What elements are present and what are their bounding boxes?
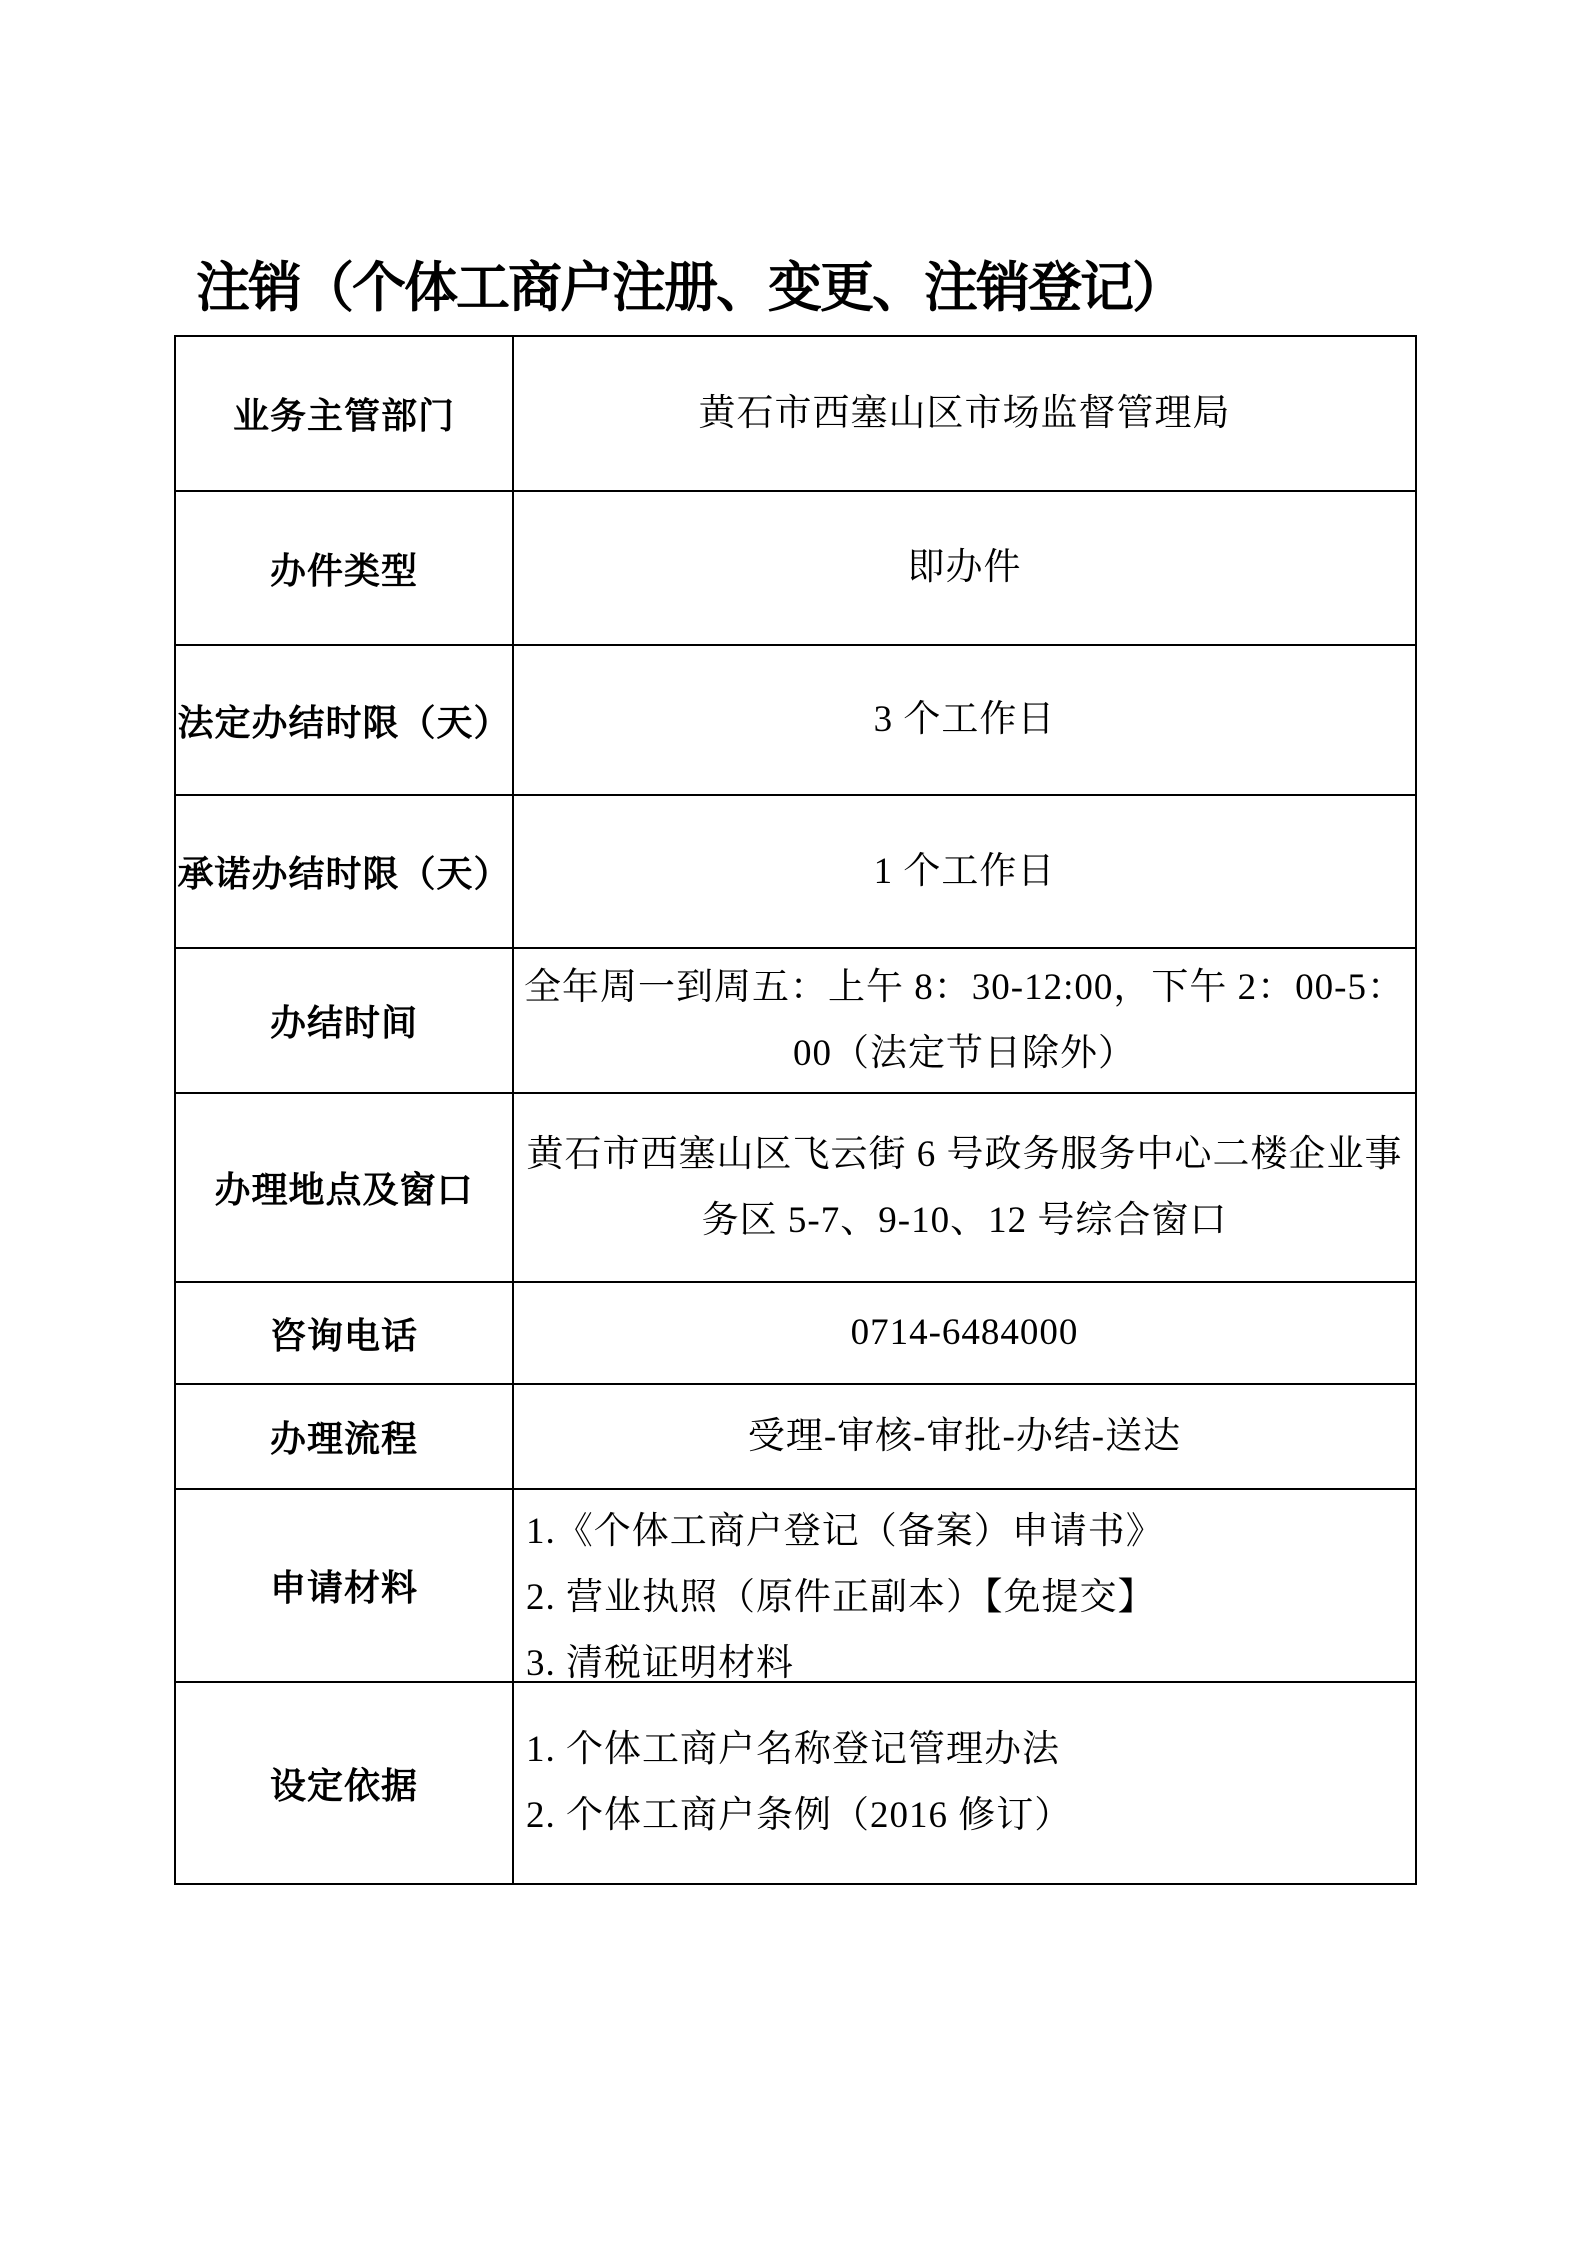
row-value: 即办件 [514,492,1415,644]
row-label: 咨询电话 [176,1283,514,1383]
table-row: 承诺办结时限（天） 1 个工作日 [176,796,1415,949]
row-value: 黄石市西塞山区市场监督管理局 [514,337,1415,490]
table-row: 业务主管部门 黄石市西塞山区市场监督管理局 [176,337,1415,492]
row-value: 3 个工作日 [514,646,1415,794]
row-value-line: 00（法定节日除外） [793,1021,1136,1087]
row-value: 1. 个体工商户名称登记管理办法 2. 个体工商户条例（2016 修订） [514,1683,1415,1883]
table-row: 办件类型 即办件 [176,492,1415,646]
table-row: 办理流程 受理-审核-审批-办结-送达 [176,1385,1415,1490]
row-value-line: 受理-审核-审批-办结-送达 [748,1404,1181,1470]
row-value-line: 3 个工作日 [874,687,1056,753]
row-value: 受理-审核-审批-办结-送达 [514,1385,1415,1488]
row-value-line: 2. 个体工商户条例（2016 修订） [526,1783,1072,1849]
row-value: 黄石市西塞山区飞云街 6 号政务服务中心二楼企业事 务区 5-7、9-10、12… [514,1094,1415,1281]
table-row: 办理地点及窗口 黄石市西塞山区飞云街 6 号政务服务中心二楼企业事 务区 5-7… [176,1094,1415,1283]
table-row: 设定依据 1. 个体工商户名称登记管理办法 2. 个体工商户条例（2016 修订… [176,1683,1415,1883]
row-label: 设定依据 [176,1683,514,1883]
row-value: 全年周一到周五：上午 8：30-12:00，下午 2：00-5： 00（法定节日… [514,949,1415,1092]
row-label: 法定办结时限（天） [176,646,514,794]
row-value: 0714-6484000 [514,1283,1415,1383]
row-value-line: 黄石市西塞山区飞云街 6 号政务服务中心二楼企业事 [527,1122,1403,1188]
row-value: 1 个工作日 [514,796,1415,947]
row-label: 业务主管部门 [176,337,514,490]
row-label: 办理地点及窗口 [176,1094,514,1281]
row-label: 办结时间 [176,949,514,1092]
row-value-line: 0714-6484000 [851,1300,1079,1366]
row-value-line: 3. 清税证明材料 [526,1631,794,1681]
row-label: 承诺办结时限（天） [176,796,514,947]
table-row: 法定办结时限（天） 3 个工作日 [176,646,1415,796]
row-value-line: 即办件 [908,535,1022,601]
row-value-line: 1 个工作日 [874,839,1056,905]
row-value-line: 务区 5-7、9-10、12 号综合窗口 [702,1188,1228,1254]
row-value-line: 黄石市西塞山区市场监督管理局 [699,381,1231,447]
row-label: 申请材料 [176,1490,514,1681]
row-value-line: 2. 营业执照（原件正副本）【免提交】 [526,1565,1156,1631]
row-value-line: 1. 个体工商户名称登记管理办法 [526,1717,1060,1783]
table-row: 咨询电话 0714-6484000 [176,1283,1415,1385]
row-label: 办件类型 [176,492,514,644]
service-info-table: 业务主管部门 黄石市西塞山区市场监督管理局 办件类型 即办件 法定办结时限（天）… [174,335,1417,1885]
table-row: 申请材料 1.《个体工商户登记（备案）申请书》 2. 营业执照（原件正副本）【免… [176,1490,1415,1683]
row-value-line: 全年周一到周五：上午 8：30-12:00，下午 2：00-5： [524,955,1405,1021]
table-row: 办结时间 全年周一到周五：上午 8：30-12:00，下午 2：00-5： 00… [176,949,1415,1094]
row-value-line: 1.《个体工商户登记（备案）申请书》 [526,1499,1164,1565]
row-label: 办理流程 [176,1385,514,1488]
row-value: 1.《个体工商户登记（备案）申请书》 2. 营业执照（原件正副本）【免提交】 3… [514,1490,1415,1681]
page-title: 注销（个体工商户注册、变更、注销登记） [196,256,1184,321]
